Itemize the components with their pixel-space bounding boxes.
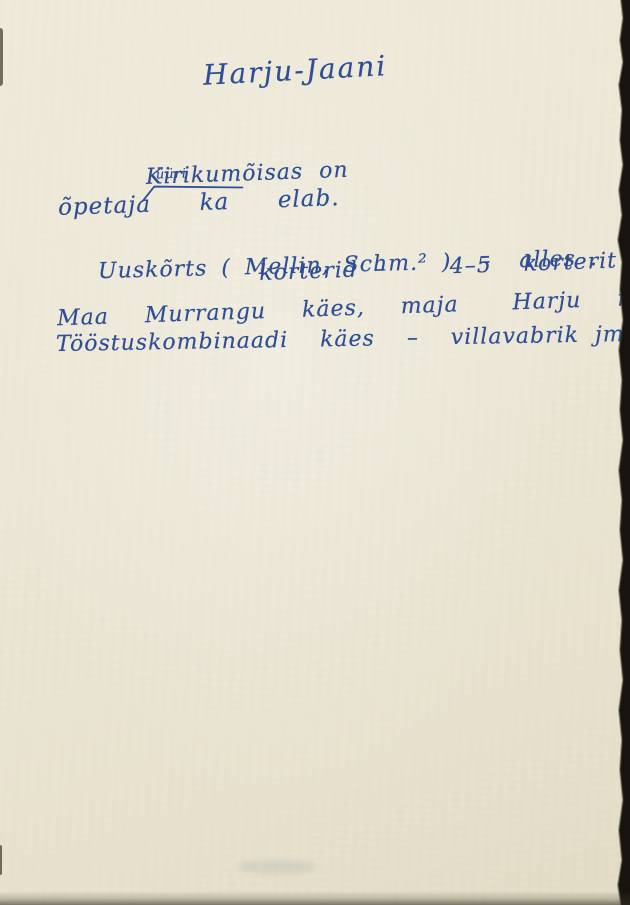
scan-edge-left-mark-bottom — [0, 845, 2, 875]
scan-edge-right — [614, 0, 630, 905]
scanned-page: Harju-Jaani Kirikumõisas on üüri korteri… — [0, 0, 630, 905]
inserted-word: üüri — [156, 166, 188, 182]
scan-edge-left-mark-top — [0, 28, 3, 86]
page-title: Harju-Jaani — [202, 49, 388, 92]
scan-edge-bottom — [0, 891, 630, 905]
paper-smudge — [238, 860, 316, 874]
